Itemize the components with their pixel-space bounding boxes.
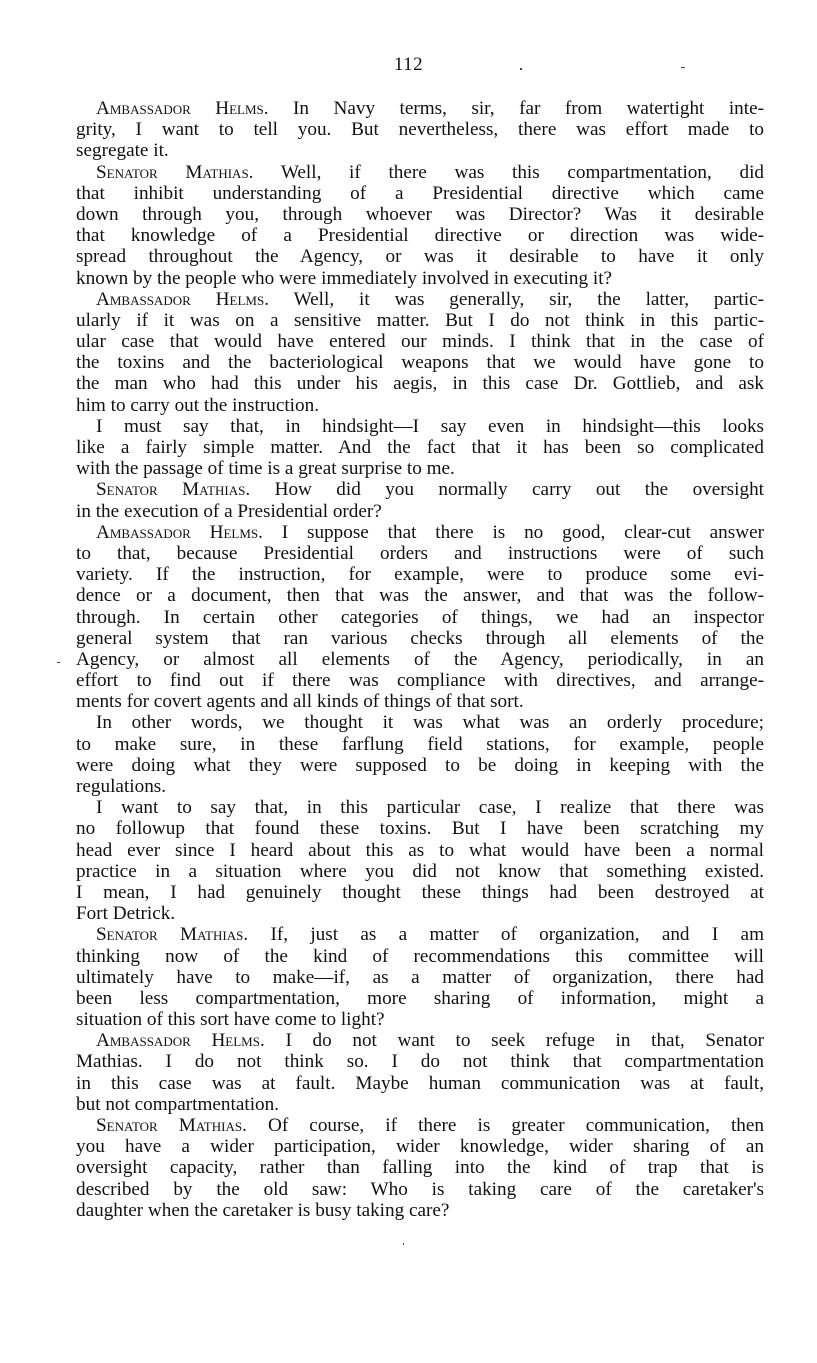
text-line: ultimately have to make—if, as a matter … [76, 967, 764, 988]
line-text: Of course, if there is greater communica… [268, 1115, 764, 1136]
line-text: Well, it was generally, sir, the latter,… [294, 289, 764, 310]
line-text: head ever since I heard about this as to… [76, 840, 764, 861]
text-line: in this case was at fault. Maybe human c… [76, 1073, 764, 1094]
continuation-paragraph: I want to say that, in this particular c… [76, 797, 764, 924]
text-line: were doing what they were supposed to be… [76, 755, 764, 776]
line-text: Fort Detrick. [76, 903, 175, 924]
line-text: practice in a situation where you did no… [76, 861, 764, 882]
text-line: grity, I want to tell you. But neverthel… [76, 119, 764, 140]
line-text: down through you, through whoever was Di… [76, 204, 764, 225]
text-line: effort to find out if there was complian… [76, 670, 764, 691]
text-line: Senator Mathias. If, just as a matter of… [76, 924, 764, 945]
line-text: the toxins and the bacteriological weapo… [76, 352, 764, 373]
text-line: ularly if it was on a sensitive matter. … [76, 310, 764, 331]
speaker-name: Ambassador Helms. [96, 289, 269, 310]
line-text: In other words, we thought it was what w… [96, 712, 764, 733]
scan-speck [403, 1243, 404, 1245]
text-line: situation of this sort have come to ligh… [76, 1009, 764, 1030]
text-line: him to carry out the instruction. [76, 395, 764, 416]
text-line: to that, because Presidential orders and… [76, 543, 764, 564]
text-line: but not compartmentation. [76, 1094, 764, 1115]
text-line: described by the old saw: Who is taking … [76, 1179, 764, 1200]
line-text: but not compartmentation. [76, 1094, 279, 1115]
text-line: regulations. [76, 776, 764, 797]
continuation-paragraph: In other words, we thought it was what w… [76, 712, 764, 797]
line-text: in the execution of a Presidential order… [76, 501, 382, 522]
line-text: described by the old saw: Who is taking … [76, 1179, 764, 1200]
text-line: Ambassador Helms. I do not want to seek … [76, 1030, 764, 1051]
speaker-name: Senator Mathias. [96, 162, 253, 183]
speaker-paragraph: Ambassador Helms. I do not want to seek … [76, 1030, 764, 1115]
continuation-paragraph: I must say that, in hindsight—I say even… [76, 416, 764, 480]
text-line: spread throughout the Agency, or was it … [76, 246, 764, 267]
text-line: known by the people who were immediately… [76, 268, 764, 289]
speaker-name: Ambassador Helms. [96, 1030, 265, 1051]
transcript-body: Ambassador Helms. In Navy terms, sir, fa… [76, 98, 764, 1221]
line-text: regulations. [76, 776, 166, 797]
line-text: to make sure, in these farflung field st… [76, 734, 764, 755]
text-line: head ever since I heard about this as to… [76, 840, 764, 861]
line-text: I mean, I had genuinely thought these th… [76, 882, 764, 903]
text-line: Agency, or almost all elements of the Ag… [76, 649, 764, 670]
text-line: in the execution of a Presidential order… [76, 501, 764, 522]
line-text: I do not want to seek refuge in that, Se… [285, 1030, 764, 1051]
line-text: ularly if it was on a sensitive matter. … [76, 310, 764, 331]
text-line: Fort Detrick. [76, 903, 764, 924]
line-text: I suppose that there is no good, clear-c… [282, 522, 764, 543]
line-text: grity, I want to tell you. But neverthel… [76, 119, 764, 140]
line-text: in this case was at fault. Maybe human c… [76, 1073, 764, 1094]
text-line: the man who had this under his aegis, in… [76, 373, 764, 394]
line-text: daughter when the caretaker is busy taki… [76, 1200, 449, 1221]
line-text: were doing what they were supposed to be… [76, 755, 764, 776]
text-line: dence or a document, then that was the a… [76, 585, 764, 606]
line-text: you have a wider participation, wider kn… [76, 1136, 764, 1157]
speaker-paragraph: Senator Mathias. Well, if there was this… [76, 162, 764, 289]
text-line: general system that ran various checks t… [76, 628, 764, 649]
text-line: practice in a situation where you did no… [76, 861, 764, 882]
line-text: that knowledge of a Presidential directi… [76, 225, 764, 246]
text-line: that knowledge of a Presidential directi… [76, 225, 764, 246]
speaker-name: Senator Mathias. [96, 1115, 247, 1136]
line-text: with the passage of time is a great surp… [76, 458, 455, 479]
line-text: that inhibit understanding of a Presiden… [76, 183, 764, 204]
text-line: to make sure, in these farflung field st… [76, 734, 764, 755]
line-text: to that, because Presidential orders and… [76, 543, 764, 564]
line-text: Mathias. I do not think so. I do not thi… [76, 1051, 764, 1072]
text-line: Senator Mathias. How did you normally ca… [76, 479, 764, 500]
line-text: been less compartmentation, more sharing… [76, 988, 764, 1009]
page-number: 112 [0, 54, 817, 76]
scan-speck [57, 662, 60, 663]
text-line: Senator Mathias. Of course, if there is … [76, 1115, 764, 1136]
text-line: I must say that, in hindsight—I say even… [76, 416, 764, 437]
line-text: How did you normally carry out the overs… [275, 479, 764, 500]
line-text: known by the people who were immediately… [76, 268, 612, 289]
speaker-paragraph: Ambassador Helms. I suppose that there i… [76, 522, 764, 713]
text-line: the toxins and the bacteriological weapo… [76, 352, 764, 373]
line-text: Well, if there was this compartmentation… [281, 162, 764, 183]
line-text: ular case that would have entered our mi… [76, 331, 764, 352]
line-text: him to carry out the instruction. [76, 395, 319, 416]
speaker-paragraph: Senator Mathias. Of course, if there is … [76, 1115, 764, 1221]
text-line: Ambassador Helms. Well, it was generally… [76, 289, 764, 310]
line-text: effort to find out if there was complian… [76, 670, 764, 691]
line-text: dence or a document, then that was the a… [76, 585, 764, 606]
line-text: In Navy terms, sir, far from watertight … [293, 98, 764, 119]
line-text: ments for covert agents and all kinds of… [76, 691, 524, 712]
text-line: that inhibit understanding of a Presiden… [76, 183, 764, 204]
text-line: daughter when the caretaker is busy taki… [76, 1200, 764, 1221]
text-line: Senator Mathias. Well, if there was this… [76, 162, 764, 183]
text-line: through. In certain other categories of … [76, 607, 764, 628]
text-line: ments for covert agents and all kinds of… [76, 691, 764, 712]
text-line: been less compartmentation, more sharing… [76, 988, 764, 1009]
text-line: I want to say that, in this particular c… [76, 797, 764, 818]
line-text: no followup that found these toxins. But… [76, 818, 764, 839]
speaker-paragraph: Senator Mathias. If, just as a matter of… [76, 924, 764, 1030]
line-text: variety. If the instruction, for example… [76, 564, 764, 585]
line-text: the man who had this under his aegis, in… [76, 373, 764, 394]
line-text: I must say that, in hindsight—I say even… [96, 416, 764, 437]
line-text: situation of this sort have come to ligh… [76, 1009, 385, 1030]
line-text: oversight capacity, rather than falling … [76, 1157, 764, 1178]
text-line: no followup that found these toxins. But… [76, 818, 764, 839]
line-text: general system that ran various checks t… [76, 628, 764, 649]
line-text: If, just as a matter of organization, an… [270, 924, 764, 945]
speaker-name: Senator Mathias. [96, 479, 250, 500]
line-text: thinking now of the kind of recommendati… [76, 946, 764, 967]
line-text: I want to say that, in this particular c… [96, 797, 764, 818]
text-line: you have a wider participation, wider kn… [76, 1136, 764, 1157]
text-line: In other words, we thought it was what w… [76, 712, 764, 733]
speaker-name: Ambassador Helms. [96, 522, 263, 543]
text-line: I mean, I had genuinely thought these th… [76, 882, 764, 903]
scan-speck [681, 67, 685, 68]
text-line: ular case that would have entered our mi… [76, 331, 764, 352]
text-line: Ambassador Helms. I suppose that there i… [76, 522, 764, 543]
speaker-name: Ambassador Helms. [96, 98, 269, 119]
line-text: through. In certain other categories of … [76, 607, 764, 628]
speaker-paragraph: Ambassador Helms. Well, it was generally… [76, 289, 764, 416]
speaker-name: Senator Mathias. [96, 924, 248, 945]
scan-speck [520, 68, 522, 70]
text-line: thinking now of the kind of recommendati… [76, 946, 764, 967]
line-text: segregate it. [76, 140, 169, 161]
line-text: like a fairly simple matter. And the fac… [76, 437, 764, 458]
speaker-paragraph: Ambassador Helms. In Navy terms, sir, fa… [76, 98, 764, 162]
line-text: spread throughout the Agency, or was it … [76, 246, 764, 267]
text-line: with the passage of time is a great surp… [76, 458, 764, 479]
line-text: Agency, or almost all elements of the Ag… [76, 649, 764, 670]
text-line: down through you, through whoever was Di… [76, 204, 764, 225]
text-line: Mathias. I do not think so. I do not thi… [76, 1051, 764, 1072]
text-line: Ambassador Helms. In Navy terms, sir, fa… [76, 98, 764, 119]
speaker-paragraph: Senator Mathias. How did you normally ca… [76, 479, 764, 521]
text-line: oversight capacity, rather than falling … [76, 1157, 764, 1178]
text-line: like a fairly simple matter. And the fac… [76, 437, 764, 458]
text-line: variety. If the instruction, for example… [76, 564, 764, 585]
text-line: segregate it. [76, 140, 764, 161]
line-text: ultimately have to make—if, as a matter … [76, 967, 764, 988]
